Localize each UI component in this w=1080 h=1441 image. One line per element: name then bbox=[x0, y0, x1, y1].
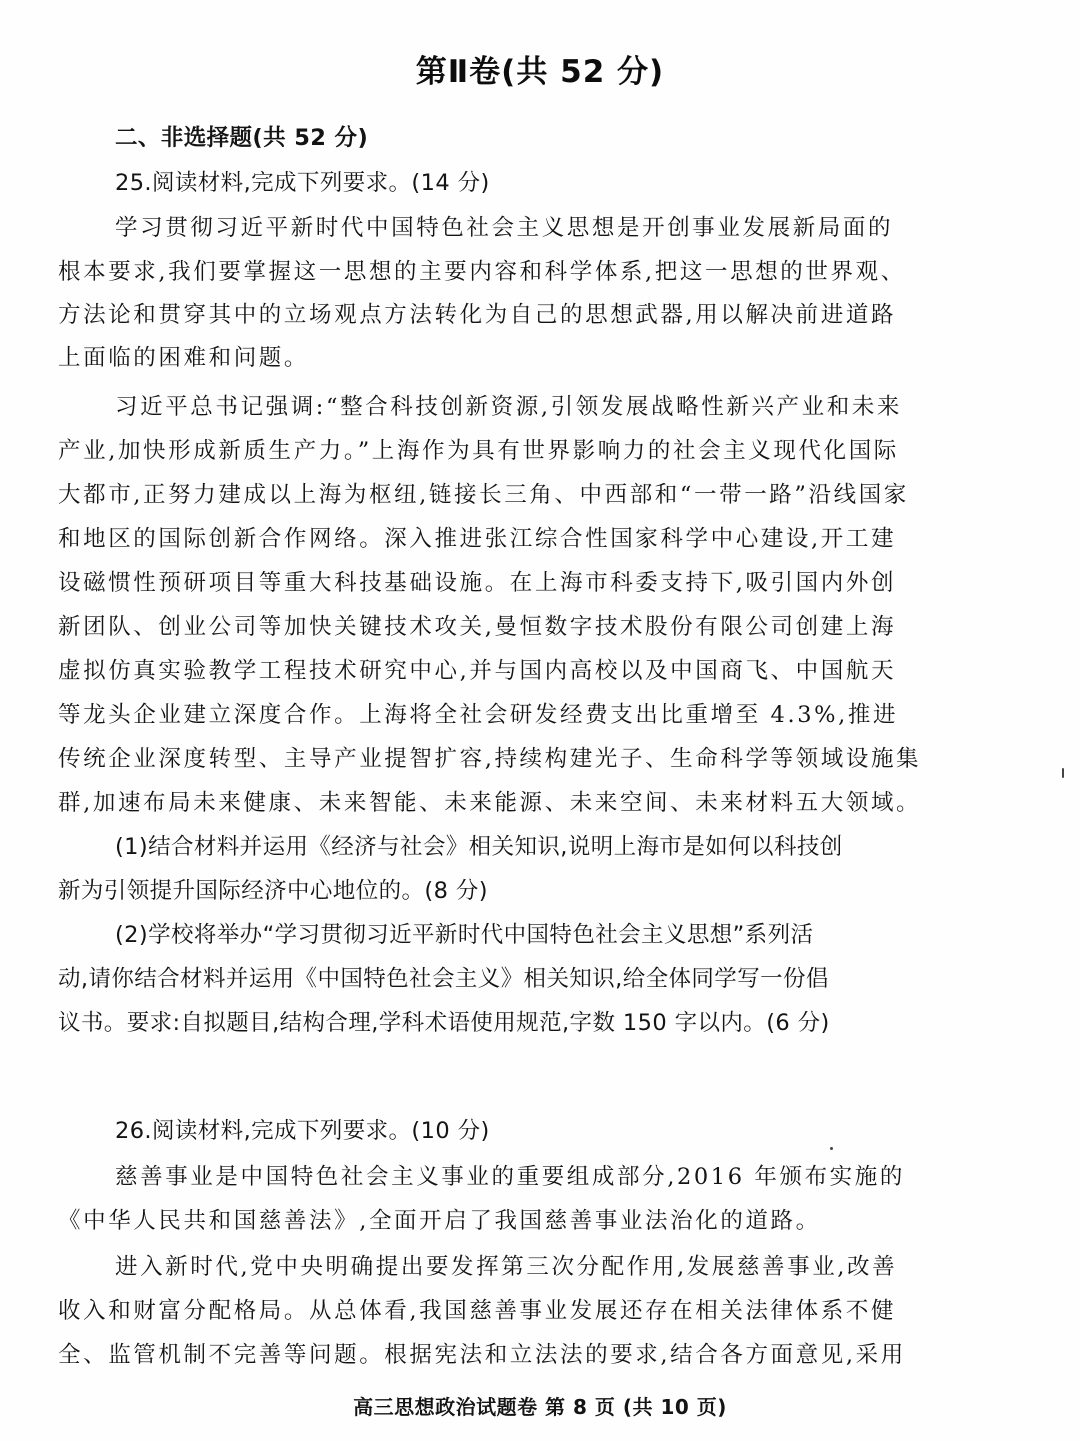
q26-material-line: 慈善事业是中国特色社会主义事业的重要组成部分,2016 年颁布实施的 bbox=[115, 1162, 1015, 1192]
q25-subquestion-1-line: (1)结合材料并运用《经济与社会》相关知识,说明上海市是如何以科技创 bbox=[115, 832, 1015, 862]
q25-material-line: 传统企业深度转型、主导产业提智扩容,持续构建光子、生命科学等领域设施集 bbox=[58, 744, 958, 774]
q25-material-line: 虚拟仿真实验教学工程技术研究中心,并与国内高校以及中国商飞、中国航天 bbox=[58, 656, 958, 686]
exam-page: 第Ⅱ卷(共 52 分) 二、非选择题(共 52 分) 25.阅读材料,完成下列要… bbox=[0, 0, 1080, 1441]
question-26-header: 26.阅读材料,完成下列要求。(10 分) bbox=[115, 1116, 1015, 1146]
q25-material-line: 根本要求,我们要掌握这一思想的主要内容和科学体系,把这一思想的世界观、 bbox=[58, 257, 958, 287]
q25-material-line: 等龙头企业建立深度合作。上海将全社会研发经费支出比重增至 4.3%,推进 bbox=[58, 700, 958, 730]
q26-material-line: 《中华人民共和国慈善法》,全面开启了我国慈善事业法治化的道路。 bbox=[58, 1206, 958, 1236]
q26-material-line: 收入和财富分配格局。从总体看,我国慈善事业发展还存在相关法律体系不健 bbox=[58, 1296, 958, 1326]
q25-material-line: 新团队、创业公司等加快关键技术攻关,曼恒数字技术股份有限公司创建上海 bbox=[58, 612, 958, 642]
q25-material-line: 设磁惯性预研项目等重大科技基础设施。在上海市科委支持下,吸引国内外创 bbox=[58, 568, 958, 598]
q25-material-line: 方法论和贯穿其中的立场观点方法转化为自己的思想武器,用以解决前进道路 bbox=[58, 300, 958, 330]
q25-material-line: 学习贯彻习近平新时代中国特色社会主义思想是开创事业发展新局面的 bbox=[115, 213, 1015, 243]
q25-material-line: 产业,加快形成新质生产力。”上海作为具有世界影响力的社会主义现代化国际 bbox=[58, 436, 958, 466]
q25-material-line: 习近平总书记强调:“整合科技创新资源,引领发展战略性新兴产业和未来 bbox=[115, 392, 1015, 422]
q26-material-line: 全、监管机制不完善等问题。根据宪法和立法法的要求,结合各方面意见,采用 bbox=[58, 1340, 958, 1370]
q26-material-line: 进入新时代,党中央明确提出要发挥第三次分配作用,发展慈善事业,改善 bbox=[115, 1252, 1015, 1282]
scan-speck-decoration bbox=[830, 1147, 833, 1150]
q25-material-line: 大都市,正努力建成以上海为枢纽,链接长三角、中西部和“一带一路”沿线国家 bbox=[58, 480, 958, 510]
page-footer: 高三思想政治试题卷 第 8 页 (共 10 页) bbox=[0, 1391, 1080, 1420]
q25-subquestion-1-line: 新为引领提升国际经济中心地位的。(8 分) bbox=[58, 876, 958, 906]
section-header: 二、非选择题(共 52 分) bbox=[115, 123, 1015, 153]
q25-subquestion-2-line: 动,请你结合材料并运用《中国特色社会主义》相关知识,给全体同学写一份倡 bbox=[58, 964, 958, 994]
q25-subquestion-2-line: 议书。要求:自拟题目,结构合理,学科术语使用规范,字数 150 字以内。(6 分… bbox=[58, 1008, 958, 1038]
q25-material-line: 群,加速布局未来健康、未来智能、未来能源、未来空间、未来材料五大领域。 bbox=[58, 788, 958, 818]
q25-material-line: 上面临的困难和问题。 bbox=[58, 343, 958, 373]
q25-material-line: 和地区的国际创新合作网络。深入推进张江综合性国家科学中心建设,开工建 bbox=[58, 524, 958, 554]
q25-subquestion-2-line: (2)学校将举办“学习贯彻习近平新时代中国特色社会主义思想”系列活 bbox=[115, 920, 1015, 950]
paper-part-title: 第Ⅱ卷(共 52 分) bbox=[0, 46, 1080, 91]
question-25-header: 25.阅读材料,完成下列要求。(14 分) bbox=[115, 168, 1015, 198]
scan-speck-decoration bbox=[1062, 768, 1064, 778]
